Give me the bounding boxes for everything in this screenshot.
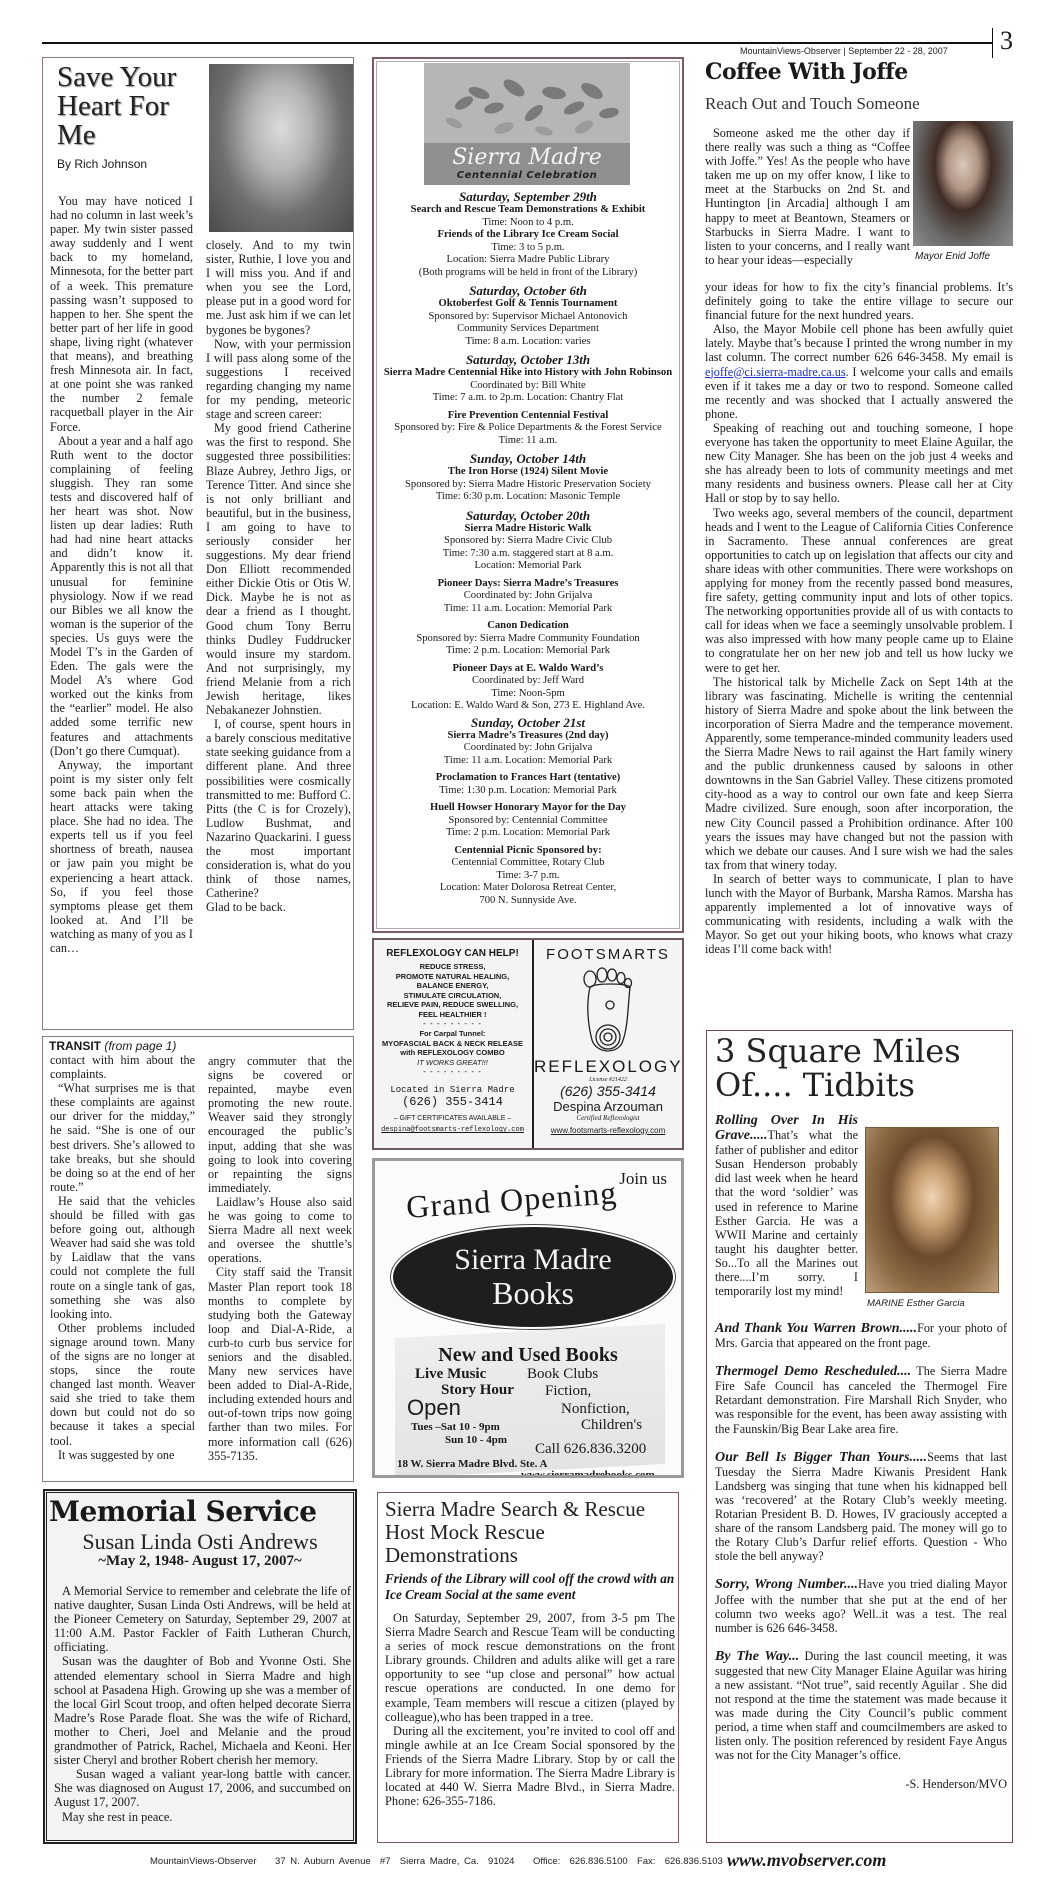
tidbits-column: 3 Square Miles Of.... Tidbits MARINE Est… [706, 1030, 1013, 1843]
sar-subtitle: Friends of the Library will cool off the… [385, 1571, 675, 1603]
tidbit-heading: And Thank You Warren Brown..... [715, 1321, 917, 1336]
event-detail: Time: 3 to 5 p.m. [374, 242, 682, 255]
benefit: BALANCE ENERGY, [374, 981, 531, 991]
hours-weekday: Tues –Sat 10 - 9pm [411, 1421, 500, 1433]
tidbit-item: Sorry, Wrong Number....Have you tried di… [715, 1577, 1007, 1634]
event-detail: Time: 11 a.m. [374, 435, 682, 448]
bookstore-website-link[interactable]: www.sierramadrebooks.com [521, 1469, 655, 1478]
reflexology-ad-right: FOOTSMARTS REFLEXOLOGY License #21422 (6… [534, 940, 682, 1148]
tidbit-body: During the last council meeting, it was … [715, 1649, 1007, 1763]
event-detail: Coordinated by: John Grijalva [374, 742, 682, 755]
event-title: The Iron Horse (1924) Silent Movie [374, 466, 682, 479]
event-detail: Time: 6:30 p.m. Location: Masonic Temple [374, 491, 682, 504]
paragraph: The historical talk by Michelle Zack on … [705, 675, 1013, 872]
practitioner-name: Despina Arzouman [534, 1099, 682, 1114]
paragraph: City staff said the Transit Master Plan … [208, 1265, 352, 1462]
transit-column-2: angry commuter that the signs be covered… [208, 1054, 352, 1463]
event-day: Sunday, October 21st [374, 716, 682, 730]
join-us: Join us [619, 1169, 667, 1189]
page-number-divider [992, 28, 993, 58]
tidbits-title: 3 Square Miles Of.... Tidbits [715, 1034, 1012, 1102]
paragraph: My good friend Catherine was the first t… [206, 421, 351, 717]
paragraph: Also, the Mayor Mobile cell phone has be… [705, 322, 1013, 421]
gift-certificates: – GIFT CERTIFICATES AVAILABLE – [374, 1115, 531, 1122]
tidbit-body: That’s what the father of publisher and … [715, 1128, 858, 1298]
paragraph: Laidlaw’s House also said he was going t… [208, 1195, 352, 1265]
paragraph: May she rest in peace. [54, 1810, 351, 1824]
text: Also, the Mayor Mobile cell phone has be… [705, 322, 1013, 364]
book-clubs: Book Clubs [527, 1366, 598, 1383]
paragraph: Speaking of reaching out and touching so… [705, 421, 1013, 506]
event-detail: Sponsored by: Fire & Police Departments … [374, 422, 682, 435]
footer-website-link[interactable]: www.mvobserver.com [727, 1850, 886, 1871]
event-detail: Coordinated by: Bill White [374, 380, 682, 393]
transit-jump-from: (from page 1) [104, 1039, 176, 1053]
event-detail: Time: Noon to 4 p.m. [374, 217, 682, 230]
paragraph: It was suggested by one [50, 1448, 195, 1462]
event-title: Sierra Madre Centennial Hike into Histor… [374, 367, 682, 380]
paragraph: “What surprises me is that these complai… [50, 1081, 195, 1194]
joffe-subtitle: Reach Out and Touch Someone [705, 94, 920, 114]
benefit: PROMOTE NATURAL HEALING, [374, 972, 531, 982]
heart-article: Save Your Heart For Me By Rich Johnson Y… [42, 57, 354, 1030]
event-title: Fire Prevention Centennial Festival [374, 410, 682, 423]
paragraph: Now, with your permission I will pass al… [206, 337, 351, 422]
event-detail: Time: 11 a.m. Location: Memorial Park [374, 755, 682, 768]
logo-subtitle: Centennial Celebration [424, 170, 630, 181]
event-title: Search and Rescue Team Demonstrations & … [374, 204, 682, 217]
event-detail: Time: 7 a.m. to 2p.m. Location: Chantry … [374, 392, 682, 405]
hours-sunday: Sun 10 - 4pm [445, 1434, 507, 1446]
paragraph: angry commuter that the signs be covered… [208, 1054, 352, 1195]
event-title: Proclamation to Frances Hart (tentative) [374, 772, 682, 785]
memorial-dates: ~May 2, 1948- August 17, 2007~ [47, 1553, 353, 1570]
benefit: REDUCE STRESS, [374, 962, 531, 972]
author-photo [209, 64, 353, 232]
joffe-body: your ideas for how to fix the city’s fin… [705, 280, 1013, 957]
heart-article-column-2: closely. And to my twin sister, Ruthie, … [206, 238, 351, 915]
tidbit-item: Rolling Over In His Grave.....That’s wha… [715, 1113, 858, 1298]
paragraph: Glad to be back. [206, 900, 351, 914]
paragraph: Other problems included signage around t… [50, 1321, 195, 1448]
paragraph: I, of course, spent hours in a barely co… [206, 717, 351, 900]
benefit: STIMULATE CIRCULATION, [374, 991, 531, 1001]
paragraph: He said that the vehicles should be fill… [50, 1194, 195, 1321]
logo-band: Sierra Madre Centennial Celebration [424, 143, 630, 185]
mayor-photo-caption: Mayor Enid Joffe [915, 251, 990, 262]
reflexology-headline: REFLEXOLOGY CAN HELP! [374, 948, 531, 959]
event-detail: Time: 8 a.m. Location: varies [374, 336, 682, 349]
event-day: Saturday, October 20th [374, 509, 682, 523]
tidbit-body: Seems that last Tuesday the Sierra Madre… [715, 1450, 1007, 1564]
paragraph: You may have noticed I had no column in … [50, 194, 193, 434]
event-detail: Location: E. Waldo Ward & Son, 273 E. Hi… [374, 700, 682, 713]
reflexology-website-link[interactable]: www.footsmarts-reflexology.com [534, 1126, 682, 1135]
transit-column-1: contact with him about the complaints. “… [50, 1053, 195, 1462]
event-day: Saturday, October 6th [374, 284, 682, 298]
paragraph: Susan waged a valiant year-long battle w… [54, 1767, 351, 1809]
event-detail: Sponsored by: Supervisor Michael Antonov… [374, 311, 682, 324]
mayor-email-link[interactable]: ejoffe@ci.sierra-madre.ca.us [705, 365, 846, 379]
logo-script: Sierra Madre [424, 145, 630, 170]
foot-icon [576, 965, 640, 1057]
reflexology-ad-left: REFLEXOLOGY CAN HELP! REDUCE STRESS, PRO… [374, 940, 531, 1148]
marine-photo-caption: MARINE Esther Garcia [867, 1298, 965, 1309]
memorial-title: Memorial Service [49, 1495, 317, 1528]
event-detail: Sponsored by: Sierra Madre Historic Pres… [374, 479, 682, 492]
event-detail: Community Services Department [374, 323, 682, 336]
page-number: 3 [1000, 26, 1013, 56]
event-detail: Location: Mater Dolorosa Retreat Center, [374, 882, 682, 895]
heart-article-byline: By Rich Johnson [57, 157, 147, 171]
tidbit-paragraph: Rolling Over In His Grave.....That’s wha… [715, 1113, 858, 1298]
event-title: Pioneer Days at E. Waldo Ward’s [374, 663, 682, 676]
bookstore-name: Sierra Madre [395, 1243, 671, 1277]
event-detail: (Both programs will be held in front of … [374, 267, 682, 280]
tidbit-item: And Thank You Warren Brown.....For your … [715, 1321, 1007, 1350]
paragraph: your ideas for how to fix the city’s fin… [705, 280, 1013, 322]
event-detail: Time: 2 p.m. Location: Memorial Park [374, 827, 682, 840]
event-title: Sierra Madre’s Treasures (2nd day) [374, 730, 682, 743]
event-detail: Sponsored by: Sierra Madre Civic Club [374, 535, 682, 548]
childrens: Children's [581, 1417, 642, 1434]
bookstore-ad: Join us Grand Opening Sierra Madre Books… [372, 1158, 684, 1478]
event-detail: Time: 3-7 p.m. [374, 870, 682, 883]
bookstore-phone: Call 626.836.3200 [535, 1441, 646, 1458]
fiction: Fiction, [545, 1383, 591, 1400]
new-and-used: New and Used Books [375, 1344, 681, 1367]
heart-article-column-1: You may have noticed I had no column in … [50, 194, 193, 955]
tidbits-signature: -S. Henderson/MVO [715, 1777, 1007, 1791]
event-title: Canon Dedication [374, 620, 682, 633]
event-detail: Sponsored by: Sierra Madre Community Fou… [374, 633, 682, 646]
paragraph: Susan was the daughter of Bob and Yvonne… [54, 1654, 351, 1767]
event-detail: Sponsored by: Centennial Committee [374, 815, 682, 828]
event-detail: Centennial Committee, Rotary Club [374, 857, 682, 870]
top-rule [42, 42, 992, 44]
transit-article: TRANSIT (from page 1) contact with him a… [42, 1036, 354, 1482]
event-detail: Location: Sierra Madre Public Library [374, 254, 682, 267]
centennial-schedule: Sierra Madre Centennial Celebration Satu… [372, 57, 684, 933]
divider-dashes: - - - - - - - - - [374, 1067, 531, 1077]
tidbit-heading: Thermogel Demo Rescheduled.... [715, 1364, 911, 1379]
reflexology-location: Located in Sierra Madre [374, 1085, 531, 1095]
heart-article-title: Save Your Heart For Me [57, 63, 187, 150]
benefit: FEEL HEALTHIER ! [374, 1010, 531, 1020]
event-day: Saturday, October 13th [374, 353, 682, 367]
reflexology-phone: (626) 355-3414 [534, 1083, 682, 1099]
certification: Certified Reflexologist [534, 1114, 682, 1122]
memorial-name: Susan Linda Osti Andrews [47, 1529, 353, 1555]
sar-body: On Saturday, September 29, 2007, from 3-… [385, 1611, 675, 1808]
reflexology-email-link[interactable]: despina@footsmarts-reflexology.com [374, 1126, 531, 1134]
tidbit-item: Our Bell Is Bigger Than Yours.....Seems … [715, 1450, 1007, 1564]
memorial-text: A Memorial Service to remember and celeb… [54, 1584, 351, 1824]
tidbit-heading: By The Way... [715, 1649, 799, 1664]
reflexology-word: REFLEXOLOGY [534, 1057, 682, 1077]
event-title: Sierra Madre Historic Walk [374, 523, 682, 536]
event-detail: Time: 11 a.m. Location: Memorial Park [374, 603, 682, 616]
tidbit-heading: Our Bell Is Bigger Than Yours..... [715, 1450, 927, 1465]
event-day: Sunday, October 14th [374, 452, 682, 466]
footsmarts-brand: FOOTSMARTS [534, 946, 682, 963]
leaves-icon [424, 63, 630, 143]
bookstore-name-books: Books [395, 1275, 671, 1312]
paragraph: A Memorial Service to remember and celeb… [54, 1584, 351, 1654]
paragraph: In search of better ways to communicate,… [705, 872, 1013, 957]
reflexology-phone: (626) 355-3414 [374, 1095, 531, 1109]
sar-title: Sierra Madre Search & Rescue Host Mock R… [385, 1498, 675, 1567]
carpal-tunnel-label: For Carpal Tunnel: [374, 1029, 531, 1039]
event-list: Saturday, September 29th Search and Resc… [374, 187, 682, 907]
event-detail: Time: 2 p.m. Location: Memorial Park [374, 645, 682, 658]
memorial-notice: Memorial Service Susan Linda Osti Andrew… [44, 1490, 356, 1843]
combo-line: with REFLEXOLOGY COMBO [374, 1048, 531, 1058]
works-great: IT WORKS GREAT!!! [374, 1058, 531, 1068]
mayor-photo [913, 121, 1013, 246]
paragraph: Someone asked me the other day if there … [705, 126, 910, 267]
tidbit-item: Thermogel Demo Rescheduled.... The Sierr… [715, 1364, 1007, 1435]
search-rescue-article: Sierra Madre Search & Rescue Host Mock R… [377, 1492, 679, 1843]
tidbit-heading: Sorry, Wrong Number.... [715, 1577, 858, 1592]
divider-dashes: - - - - - - - - - [374, 1019, 531, 1029]
event-detail: Coordinated by: Jeff Ward [374, 675, 682, 688]
combo-line: MYOFASCIAL BACK & NECK RELEASE [374, 1039, 531, 1049]
paragraph: closely. And to my twin sister, Ruthie, … [206, 238, 351, 337]
transit-label: TRANSIT (from page 1) [49, 1039, 176, 1053]
joffe-title: Coffee With Joffe [705, 59, 908, 85]
event-day: Saturday, September 29th [374, 190, 682, 204]
event-detail: Time: Noon-5pm [374, 688, 682, 701]
paragraph: Two weeks ago, several members of the co… [705, 506, 1013, 675]
reflexology-ad: REFLEXOLOGY CAN HELP! REDUCE STRESS, PRO… [372, 938, 684, 1150]
masthead-dateline: MountainViews-Observer | September 22 - … [740, 46, 948, 56]
event-title: Huell Howser Honorary Mayor for the Day [374, 802, 682, 815]
tidbit-list: And Thank You Warren Brown.....For your … [715, 1321, 1007, 1791]
event-detail: 700 N. Sunnyside Ave. [374, 895, 682, 908]
event-detail: Coordinated by: John Grijalva [374, 590, 682, 603]
event-detail: Time: 1:30 p.m. Location: Memorial Park [374, 785, 682, 798]
grand-opening: Grand Opening [405, 1174, 618, 1226]
paragraph: On Saturday, September 29, 2007, from 3-… [385, 1611, 675, 1724]
open-label: Open [407, 1395, 461, 1421]
event-title: Centennial Picnic Sponsored by: [374, 845, 682, 858]
event-detail: Location: Memorial Park [374, 560, 682, 573]
tidbit-item: By The Way... During the last council me… [715, 1649, 1007, 1763]
centennial-logo: Sierra Madre Centennial Celebration [424, 63, 630, 185]
transit-section-name: TRANSIT [49, 1039, 101, 1053]
paragraph: About a year and a half ago Ruth went to… [50, 434, 193, 758]
paragraph: During all the excitement, you’re invite… [385, 1724, 675, 1809]
joffe-intro: Someone asked me the other day if there … [705, 126, 910, 267]
event-title: Oktoberfest Golf & Tennis Tournament [374, 298, 682, 311]
bookstore-logo-oval: Sierra Madre Books [393, 1227, 673, 1327]
nonfiction: Nonfiction, [561, 1401, 630, 1418]
paragraph: contact with him about the complaints. [50, 1053, 195, 1081]
footer-contact-info: MountainViews-Observer 37 N. Auburn Aven… [150, 1856, 723, 1867]
paragraph: Anyway, the important point is my sister… [50, 758, 193, 955]
event-title: Pioneer Days: Sierra Madre’s Treasures [374, 578, 682, 591]
benefit: RELIEVE PAIN, REDUCE SWELLING, [374, 1000, 531, 1010]
live-music: Live Music [415, 1366, 486, 1383]
marine-photo [865, 1127, 999, 1293]
event-title: Friends of the Library Ice Cream Social [374, 229, 682, 242]
event-detail: Time: 7:30 a.m. staggered start at 8 a.m… [374, 548, 682, 561]
